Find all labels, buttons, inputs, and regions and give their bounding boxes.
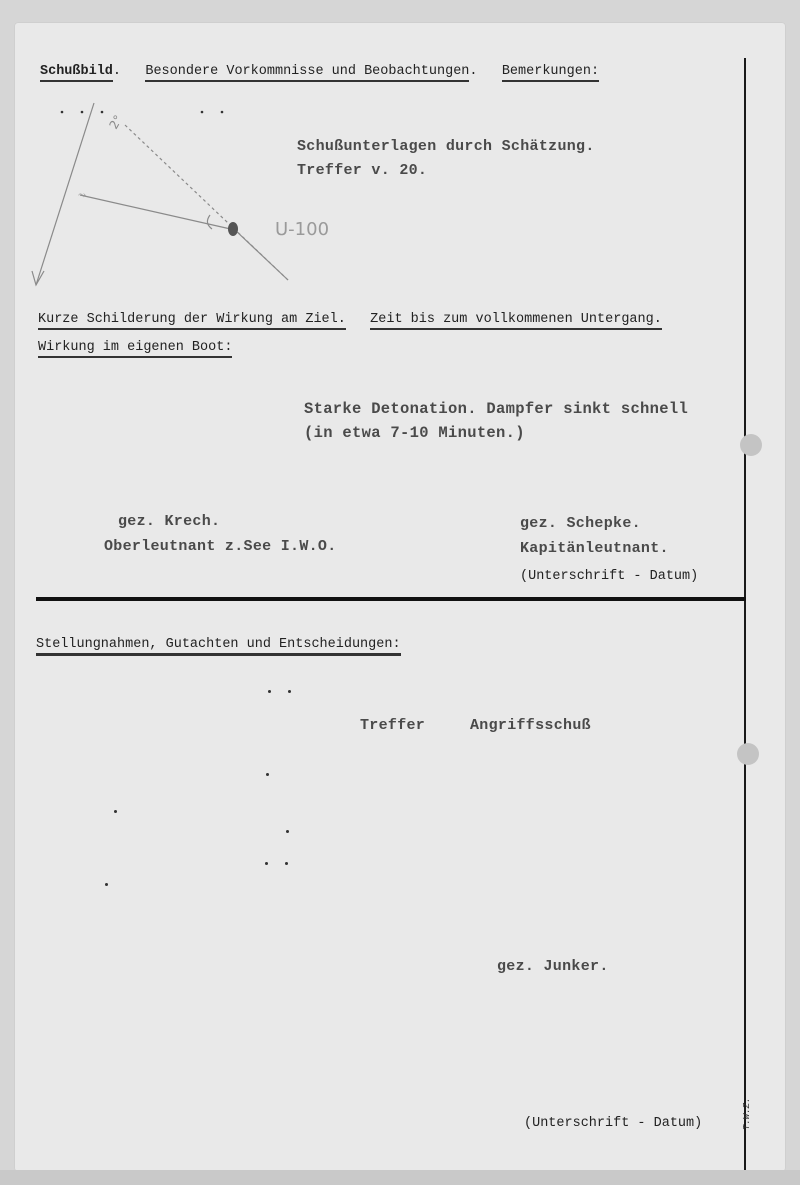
label-schussbild: Schußbild	[40, 64, 113, 82]
signature-krech: gez. Krech.	[118, 513, 220, 530]
boat-label: U-100	[275, 219, 329, 240]
punch-hole-bottom	[737, 743, 759, 765]
scan-edge	[0, 1170, 800, 1185]
punch-hole-top	[740, 434, 762, 456]
rank-krech: Oberleutnant z.See I.W.O.	[104, 538, 337, 555]
section-divider	[36, 597, 746, 601]
signature-junker: gez. Junker.	[497, 958, 609, 975]
label-bemerkungen: Bemerkungen:	[502, 64, 599, 82]
label-vorkommnisse: Besondere Vorkommnisse und Beobachtungen	[145, 64, 469, 82]
attack-sketch: 2° ⤳ U-100	[30, 95, 360, 295]
svg-text:⤳: ⤳	[78, 190, 86, 201]
signature-schepke: gez. Schepke.	[520, 515, 641, 532]
caption-signature-date-bottom: (Unterschrift - Datum)	[524, 1116, 702, 1131]
rank-schepke: Kapitänleutnant.	[520, 540, 669, 557]
effect-text-line-2: (in etwa 7-10 Minuten.)	[304, 424, 525, 442]
heading-wirkung-eigenes-boot: Wirkung im eigenen Boot:	[38, 340, 232, 358]
result-treffer: Treffer	[360, 717, 425, 734]
heading-wirkung-am-ziel: Kurze Schilderung der Wirkung am Ziel.	[38, 312, 346, 330]
right-margin-rule	[744, 58, 746, 1170]
effect-text-line-1: Starke Detonation. Dampfer sinkt schnell	[304, 400, 688, 418]
heading-zeit-untergang: Zeit bis zum vollkommenen Untergang.	[370, 312, 662, 330]
header-row: Schußbild. Besondere Vorkommnisse und Be…	[40, 64, 599, 79]
heading-stellungnahmen: Stellungnahmen, Gutachten und Entscheidu…	[36, 637, 401, 656]
result-angriffsschuss: Angriffsschuß	[470, 717, 591, 734]
caption-signature-date-top: (Unterschrift - Datum)	[520, 569, 698, 584]
svg-text:2°: 2°	[106, 113, 125, 132]
remark-line-1: Schußunterlagen durch Schätzung.	[297, 138, 595, 155]
margin-note: T.W.Z.	[742, 1098, 752, 1130]
remark-line-2: Treffer v. 20.	[297, 162, 427, 179]
effect-headings: Kurze Schilderung der Wirkung am Ziel. Z…	[38, 312, 662, 327]
